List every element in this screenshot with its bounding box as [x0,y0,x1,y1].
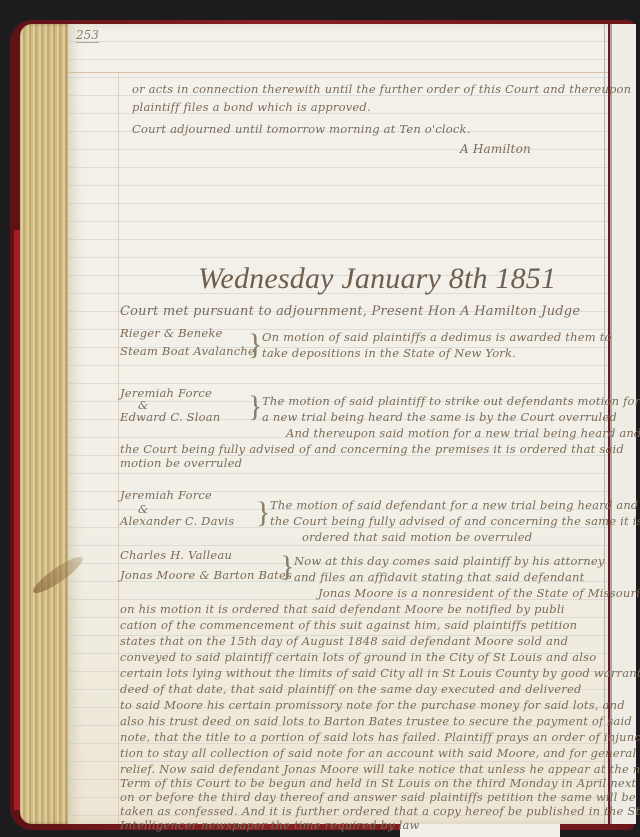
case-text: take depositions in the State of New Yor… [262,346,516,360]
case-text: Term of this Court to be begun and held … [120,776,640,790]
case-text: Jonas Moore is a nonresident of the Stat… [318,586,640,600]
case-text: relief. Now said defendant Jonas Moore w… [120,762,640,776]
case-text: and files an affidavit stating that said… [294,570,585,584]
case-text: to said Moore his certain promissory not… [120,698,625,712]
page-number: 253 [76,28,99,43]
page-edges [20,24,72,824]
date-heading: Wednesday January 8th 1851 [198,262,556,296]
case-party: Jeremiah Force [120,386,212,400]
case-text: note, that the title to a portion of sai… [120,730,640,744]
case-brace: } [280,552,294,582]
case-text: on his motion it is ordered that said de… [120,602,565,616]
case-text: And thereupon said motion for a new tria… [286,426,640,440]
case-text: on or before the third day thereof and a… [120,790,636,804]
case-text: a new trial being heard the same is by t… [262,410,617,424]
case-text: deed of that date, that said plaintiff o… [120,682,582,696]
case-text: certain lots lying without the limits of… [120,666,640,680]
case-brace: } [248,392,262,422]
case-text: conveyed to said plaintiff certain lots … [120,650,596,664]
case-text: The motion of said defendant for a new t… [270,498,639,512]
case-text: ordered that said motion be overruled [302,530,532,544]
case-text: states that on the 15th day of August 18… [120,634,568,648]
case-text: the Court being fully advised of and con… [120,442,624,456]
case-text: Intelligencer newspaper the time require… [120,818,420,832]
continuation-line: plaintiff files a bond which is approved… [132,100,371,114]
ledger-page: 253 or acts in connection therewith unti… [68,24,608,824]
case-text: motion be overruled [120,456,242,470]
case-text: Now at this day comes said plaintiff by … [294,554,605,568]
case-text: the Court being fully advised of and con… [270,514,640,528]
case-party: Alexander C. Davis [120,514,234,528]
case-text: also his trust deed on said lots to Bart… [120,714,632,728]
case-party: Rieger & Beneke [120,326,223,340]
opening-line: Court met pursuant to adjournment, Prese… [120,304,580,319]
case-text: The motion of said plaintiff to strike o… [262,394,640,408]
case-party: Jonas Moore & Barton Bates [120,568,292,582]
case-party: Edward C. Sloan [120,410,220,424]
case-party: Jeremiah Force [120,488,212,502]
left-margin-rule [118,72,119,824]
adjournment-line: Court adjourned until tomorrow morning a… [132,122,471,136]
case-brace: } [256,498,270,528]
case-party: Steam Boat Avalanche [120,344,255,358]
case-party: Charles H. Valleau [120,548,232,562]
case-text: tion to stay all collection of said note… [120,746,636,760]
case-text: On motion of said plaintiffs a dedimus i… [262,330,612,344]
header-rule [68,72,608,73]
case-text: cation of the commencement of this suit … [120,618,577,632]
continuation-line: or acts in connection therewith until th… [132,82,631,96]
case-text: taken as confessed. And it is further or… [120,804,640,818]
page-stub [400,822,560,837]
case-brace: } [248,330,262,360]
judge-signature: A Hamilton [460,142,531,156]
